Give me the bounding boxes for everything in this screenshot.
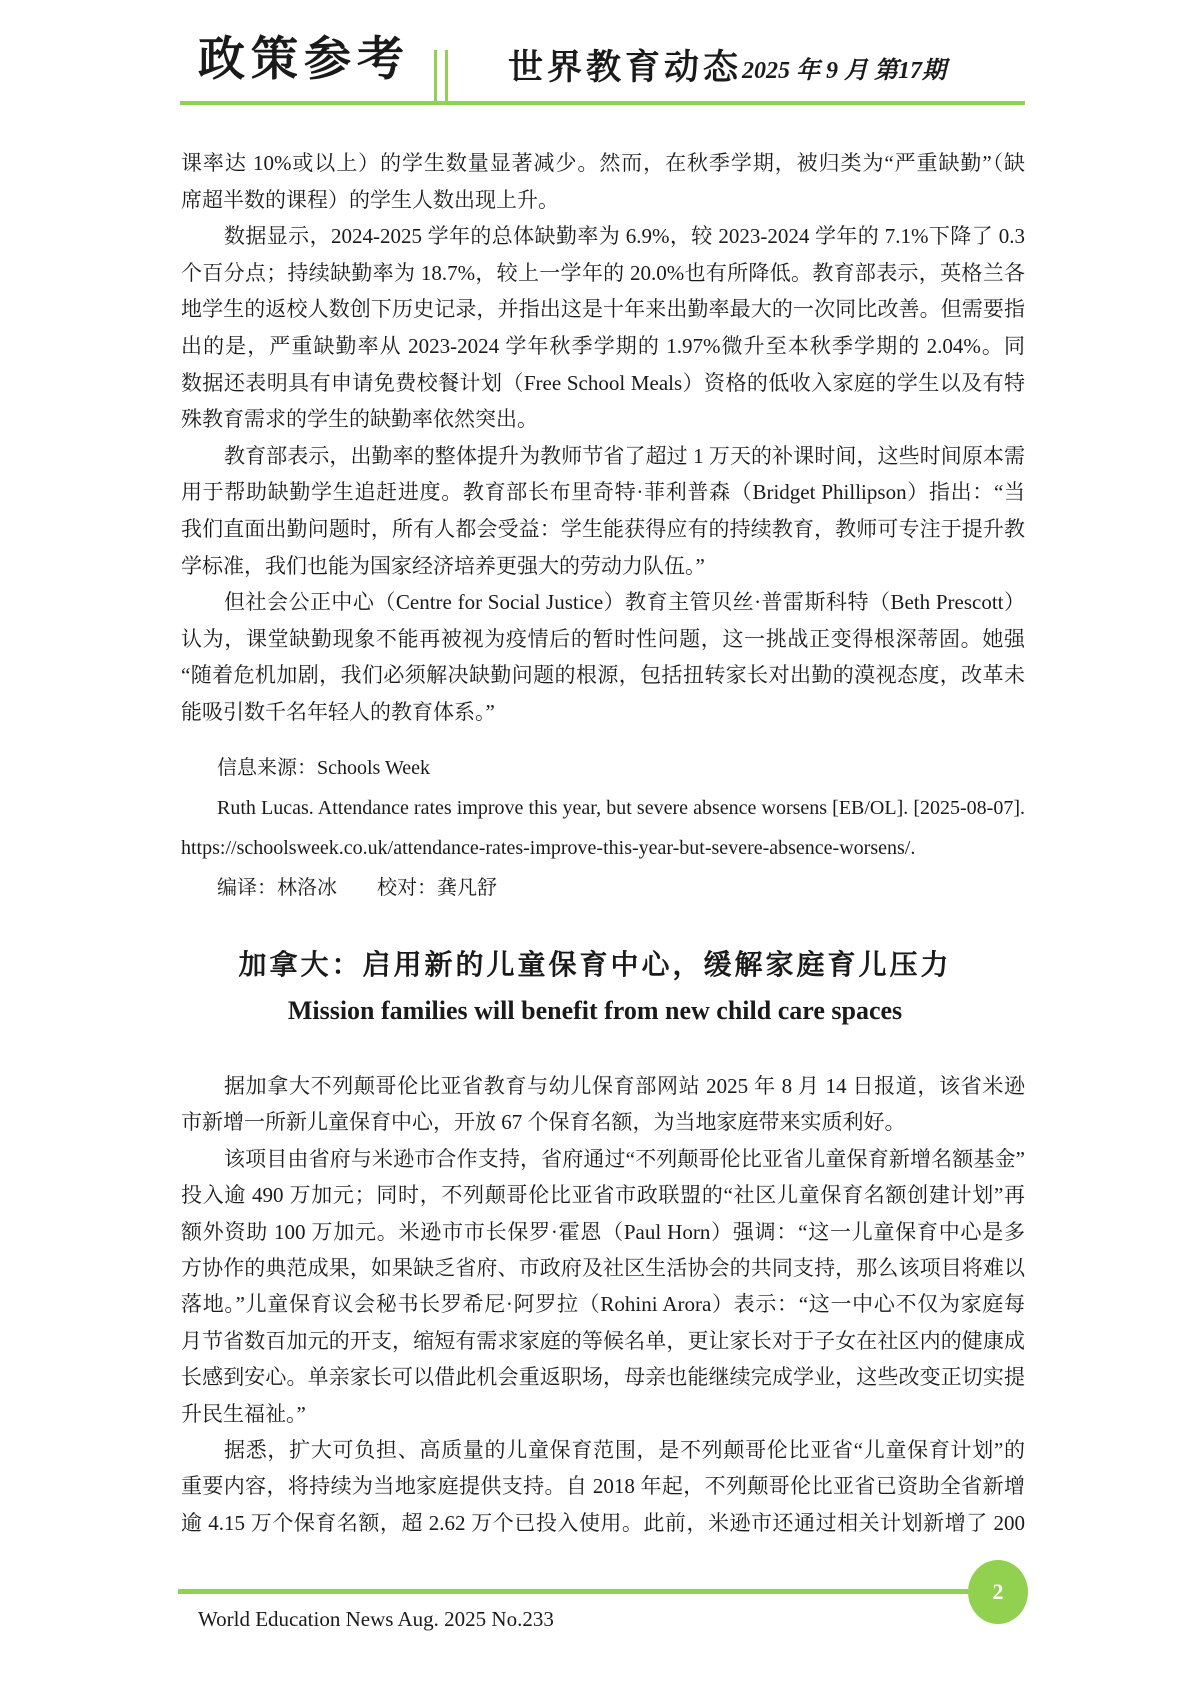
credits-line: 编译：林洛冰 校对：龚凡舒 bbox=[181, 868, 1025, 908]
text-line: 据悉，扩大可负担、高质量的儿童保育范围，是不列颠哥伦比亚省“儿童保育计划”的 bbox=[181, 1432, 1025, 1468]
source-block: 信息来源：Schools Week Ruth Lucas. Attendance… bbox=[181, 748, 1025, 908]
page-number-badge: 2 bbox=[968, 1560, 1028, 1624]
text-line: 教育部表示，出勤率的整体提升为教师节省了超过 1 万天的补课时间，这些时间原本需 bbox=[181, 438, 1025, 475]
text-line: 出的是，严重缺勤率从 2023-2024 学年秋季学期的 1.97%微升至本秋季… bbox=[181, 328, 1025, 365]
text-line: 升民生福祉。” bbox=[181, 1396, 1025, 1432]
text-line: 逾 4.15 万个保育名额，超 2.62 万个已投入使用。此前，米逊市还通过相关… bbox=[181, 1505, 1025, 1541]
source-label: 信息来源：Schools Week bbox=[181, 748, 1025, 788]
issue-info: 2025 年 9 月 第17期 bbox=[742, 56, 946, 86]
text-line: 学标准，我们也能为国家经济培养更强大的劳动力队伍。” bbox=[181, 548, 1025, 585]
text-line: 课率达 10%或以上）的学生数量显著减少。然而，在秋季学期，被归类为“严重缺勤”… bbox=[181, 145, 1025, 182]
text-line: 据加拿大不列颠哥伦比亚省教育与幼儿保育部网站 2025 年 8 月 14 日报道… bbox=[181, 1068, 1025, 1104]
header-rule bbox=[180, 101, 1025, 105]
text-line: “随着危机加剧，我们必须解决缺勤问题的根源，包括扭转家长对出勤的漠视态度，改革未 bbox=[181, 657, 1025, 694]
publication-title: 世界教育动态 bbox=[508, 46, 742, 90]
article2-title-zh: 加拿大：启用新的儿童保育中心，缓解家庭育儿压力 bbox=[0, 946, 1190, 986]
text-line: 月节省数百加元的开支，缩短有需求家庭的等候名单，更让家长对于子女在社区内的健康成 bbox=[181, 1323, 1025, 1359]
text-line: 额外资助 100 万加元。米逊市市长保罗·霍恩（Paul Horn）强调：“这一… bbox=[181, 1214, 1025, 1250]
text-line: 用于帮助缺勤学生追赶进度。教育部长布里奇特·菲利普森（Bridget Phill… bbox=[181, 474, 1025, 511]
text-line: 重要内容，将持续为当地家庭提供支持。自 2018 年起，不列颠哥伦比亚省已资助全… bbox=[181, 1468, 1025, 1504]
article-uk-attendance: 课率达 10%或以上）的学生数量显著减少。然而，在秋季学期，被归类为“严重缺勤”… bbox=[181, 145, 1025, 731]
text-line: 但社会公正中心（Centre for Social Justice）教育主管贝丝… bbox=[181, 584, 1025, 621]
text-line: 我们直面出勤问题时，所有人都会受益：学生能获得应有的持续教育，教师可专注于提升教 bbox=[181, 511, 1025, 548]
text-line: 长感到安心。单亲家长可以借此机会重返职场，母亲也能继续完成学业，这些改变正切实提 bbox=[181, 1359, 1025, 1395]
text-line: 市新增一所新儿童保育中心，开放 67 个保育名额，为当地家庭带来实质利好。 bbox=[181, 1104, 1025, 1140]
document-page: 政策参考 世界教育动态 2025 年 9 月 第17期 课率达 10%或以上）的… bbox=[0, 0, 1190, 1683]
text-line: 落地。”儿童保育议会秘书长罗希尼·阿罗拉（Rohini Arora）表示：“这一… bbox=[181, 1286, 1025, 1322]
text-line: 数据显示，2024-2025 学年的总体缺勤率为 6.9%，较 2023-202… bbox=[181, 218, 1025, 255]
article2-title-en: Mission families will benefit from new c… bbox=[0, 992, 1190, 1030]
text-line: 能吸引数千名年轻人的教育体系。” bbox=[181, 694, 1025, 731]
footer-rule bbox=[178, 1589, 968, 1594]
citation-line-1: Ruth Lucas. Attendance rates improve thi… bbox=[181, 788, 1025, 828]
text-line: 投入逾 490 万加元；同时，不列颠哥伦比亚省市政联盟的“社区儿童保育名额创建计… bbox=[181, 1177, 1025, 1213]
citation-line-2: https://schoolsweek.co.uk/attendance-rat… bbox=[181, 828, 1025, 868]
text-line: 殊教育需求的学生的缺勤率依然突出。 bbox=[181, 401, 1025, 438]
text-line: 地学生的返校人数创下历史记录，并指出这是十年来出勤率最大的一次同比改善。但需要指 bbox=[181, 291, 1025, 328]
text-line: 该项目由省府与米逊市合作支持，省府通过“不列颠哥伦比亚省儿童保育新增名额基金” bbox=[181, 1141, 1025, 1177]
text-line: 席超半数的课程）的学生人数出现上升。 bbox=[181, 182, 1025, 219]
text-line: 个百分点；持续缺勤率为 18.7%，较上一学年的 20.0%也有所降低。教育部表… bbox=[181, 255, 1025, 292]
text-line: 认为，课堂缺勤现象不能再被视为疫情后的暂时性问题，这一挑战正变得根深蒂固。她强调… bbox=[181, 621, 1025, 658]
masthead-brand: 政策参考 bbox=[198, 28, 398, 92]
text-line: 方协作的典范成果，如果缺乏省府、市政府及社区生活协会的共同支持，那么该项目将难以 bbox=[181, 1250, 1025, 1286]
text-line: 数据还表明具有申请免费校餐计划（Free School Meals）资格的低收入… bbox=[181, 365, 1025, 402]
article-canada-childcare: 据加拿大不列颠哥伦比亚省教育与幼儿保育部网站 2025 年 8 月 14 日报道… bbox=[181, 1068, 1025, 1541]
footer-journal-text: World Education News Aug. 2025 No.233 bbox=[198, 1604, 554, 1634]
header-divider bbox=[434, 50, 448, 104]
